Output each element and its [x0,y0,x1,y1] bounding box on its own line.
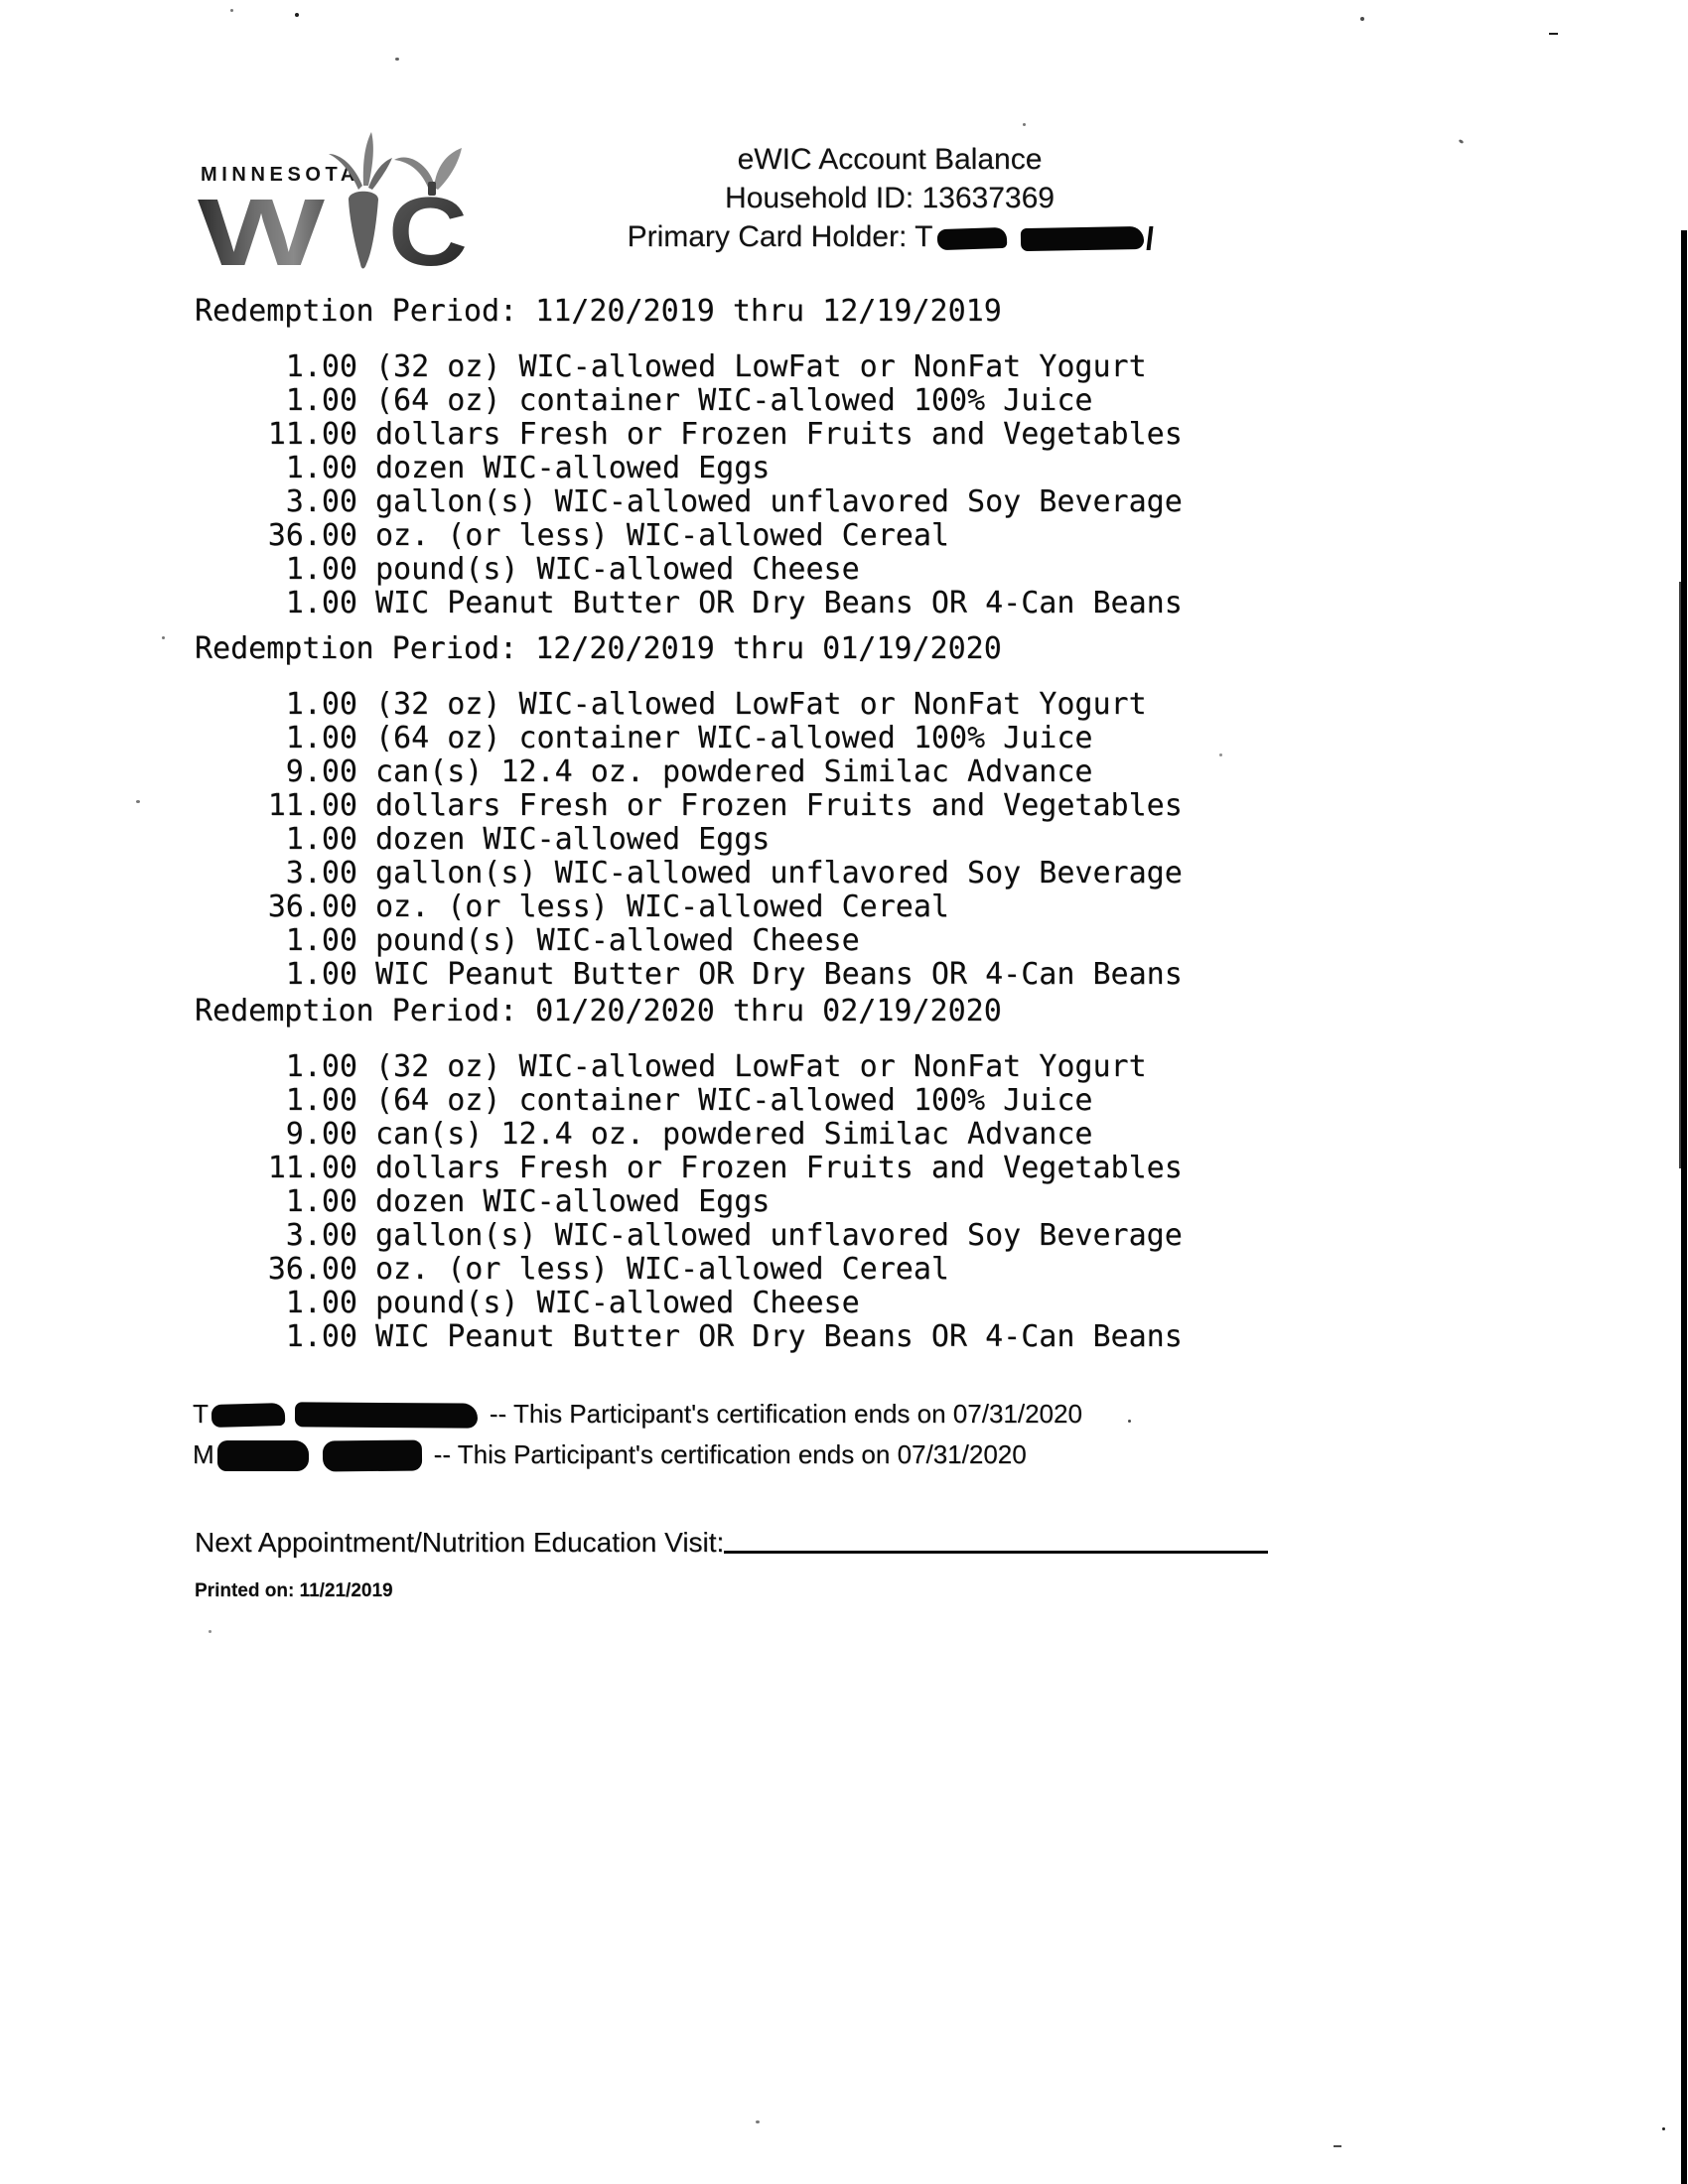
card-holder-line: Primary Card Holder: T [536,217,1243,256]
benefit-description: dollars Fresh or Frozen Fruits and Veget… [375,789,1183,823]
benefit-item-row: 11.00dollars Fresh or Frozen Fruits and … [267,418,1648,452]
benefit-description: WIC Peanut Butter OR Dry Beans OR 4-Can … [375,587,1183,620]
scanned-document-page: MINNESOTA W C eWIC Account Balance House… [0,0,1688,2184]
benefit-item-row: 36.00oz. (or less) WIC-allowed Cereal [267,519,1648,553]
benefit-quantity: 1.00 [267,1084,357,1118]
benefit-quantity: 1.00 [267,384,357,418]
benefit-item-row: 9.00can(s) 12.4 oz. powdered Similac Adv… [267,1118,1648,1152]
benefit-description: gallon(s) WIC-allowed unflavored Soy Bev… [375,485,1183,519]
benefit-description: (32 oz) WIC-allowed LowFat or NonFat Yog… [375,688,1147,722]
benefit-description: dozen WIC-allowed Eggs [375,1185,770,1219]
benefit-description: oz. (or less) WIC-allowed Cereal [375,519,949,553]
minnesota-wic-logo: MINNESOTA W C [184,124,482,308]
benefit-quantity: 1.00 [267,553,357,587]
benefit-item-row: 1.00(64 oz) container WIC-allowed 100% J… [267,384,1648,418]
benefit-quantity: 1.00 [267,1185,357,1219]
appointment-blank-field [724,1547,1268,1554]
redacted-last-name [1021,226,1144,251]
certification-line: T-- This Participant's certification end… [193,1394,1082,1434]
benefit-item-row: 1.00WIC Peanut Butter OR Dry Beans OR 4-… [267,958,1648,992]
benefit-description: pound(s) WIC-allowed Cheese [375,553,860,587]
benefit-item-row: 9.00can(s) 12.4 oz. powdered Similac Adv… [267,755,1648,789]
benefit-item-row: 1.00(64 oz) container WIC-allowed 100% J… [267,1084,1648,1118]
next-appointment-label: Next Appointment/Nutrition Education Vis… [195,1527,724,1558]
benefit-item-row: 3.00gallon(s) WIC-allowed unflavored Soy… [267,485,1648,519]
benefit-item-row: 1.00pound(s) WIC-allowed Cheese [267,1287,1648,1320]
benefit-description: gallon(s) WIC-allowed unflavored Soy Bev… [375,1219,1183,1253]
benefit-item-row: 36.00oz. (or less) WIC-allowed Cereal [267,890,1648,924]
benefit-quantity: 36.00 [267,1253,357,1287]
benefit-item-row: 1.00WIC Peanut Butter OR Dry Beans OR 4-… [267,1320,1648,1354]
benefit-item-row: 1.00dozen WIC-allowed Eggs [267,1185,1648,1219]
certification-section: T-- This Participant's certification end… [193,1394,1082,1475]
redemption-period-heading: Redemption Period: 01/20/2020 thru 02/19… [195,995,1648,1027]
benefit-item-row: 11.00dollars Fresh or Frozen Fruits and … [267,1152,1648,1185]
participant-initial: M [193,1439,214,1469]
benefit-item-row: 1.00dozen WIC-allowed Eggs [267,823,1648,857]
benefit-item-row: 1.00pound(s) WIC-allowed Cheese [267,924,1648,958]
benefit-description: WIC Peanut Butter OR Dry Beans OR 4-Can … [375,1320,1183,1354]
benefit-quantity: 11.00 [267,418,357,452]
benefit-description: can(s) 12.4 oz. powdered Similac Advance [375,1118,1092,1152]
benefit-quantity: 1.00 [267,1287,357,1320]
benefit-item-row: 3.00gallon(s) WIC-allowed unflavored Soy… [267,1219,1648,1253]
benefit-item-row: 3.00gallon(s) WIC-allowed unflavored Soy… [267,857,1648,890]
benefit-quantity: 1.00 [267,688,357,722]
redemption-period-section: Redemption Period: 12/20/2019 thru 01/19… [195,632,1648,992]
card-holder-label: Primary Card Holder: [628,220,908,253]
scan-edge-band [1681,230,1687,2184]
benefit-description: pound(s) WIC-allowed Cheese [375,924,860,958]
document-header: eWIC Account Balance Household ID: 13637… [536,140,1243,256]
benefit-quantity: 3.00 [267,1219,357,1253]
benefit-description: gallon(s) WIC-allowed unflavored Soy Bev… [375,857,1183,890]
logo-letter-c: C [388,177,468,286]
benefit-description: dollars Fresh or Frozen Fruits and Veget… [375,418,1183,452]
redacted-last-name [295,1402,478,1428]
redemption-period-heading: Redemption Period: 12/20/2019 thru 01/19… [195,632,1648,665]
benefit-item-row: 1.00(32 oz) WIC-allowed LowFat or NonFat… [267,1050,1648,1084]
benefit-description: dozen WIC-allowed Eggs [375,452,770,485]
benefit-quantity: 1.00 [267,1050,357,1084]
benefit-quantity: 9.00 [267,755,357,789]
benefit-description: can(s) 12.4 oz. powdered Similac Advance [375,755,1092,789]
benefit-item-row: 11.00dollars Fresh or Frozen Fruits and … [267,789,1648,823]
household-id-value: 13637369 [921,182,1054,214]
benefit-item-row: 1.00dozen WIC-allowed Eggs [267,452,1648,485]
printed-on-label: Printed on: 11/21/2019 [195,1580,393,1602]
benefit-description: (32 oz) WIC-allowed LowFat or NonFat Yog… [375,1050,1147,1084]
redemption-period-section: Redemption Period: 01/20/2020 thru 02/19… [195,995,1648,1354]
document-title: eWIC Account Balance [536,140,1243,179]
certification-note: -- This Participant's certification ends… [490,1399,1082,1429]
benefit-quantity: 1.00 [267,452,357,485]
benefit-quantity: 11.00 [267,1152,357,1185]
benefit-item-row: 36.00oz. (or less) WIC-allowed Cereal [267,1253,1648,1287]
carrot-icon [329,132,392,269]
benefit-description: (32 oz) WIC-allowed LowFat or NonFat Yog… [375,350,1147,384]
benefit-quantity: 1.00 [267,722,357,755]
benefit-item-row: 1.00(32 oz) WIC-allowed LowFat or NonFat… [267,688,1648,722]
benefit-item-row: 1.00(64 oz) container WIC-allowed 100% J… [267,722,1648,755]
benefit-quantity: 36.00 [267,519,357,553]
benefit-item-row: 1.00pound(s) WIC-allowed Cheese [267,553,1648,587]
logo-letter-w: W [198,180,326,286]
benefit-quantity: 9.00 [267,1118,357,1152]
benefit-description: oz. (or less) WIC-allowed Cereal [375,1253,949,1287]
benefit-quantity: 1.00 [267,587,357,620]
benefit-quantity: 3.00 [267,857,357,890]
certification-line: M-- This Participant's certification end… [193,1434,1082,1475]
benefit-description: pound(s) WIC-allowed Cheese [375,1287,860,1320]
benefit-item-row: 1.00WIC Peanut Butter OR Dry Beans OR 4-… [267,587,1648,620]
benefit-quantity: 1.00 [267,350,357,384]
benefit-description: dollars Fresh or Frozen Fruits and Veget… [375,1152,1183,1185]
benefit-description: dozen WIC-allowed Eggs [375,823,770,857]
benefit-description: WIC Peanut Butter OR Dry Beans OR 4-Can … [375,958,1183,992]
benefit-quantity: 1.00 [267,1320,357,1354]
redemption-period-section: Redemption Period: 11/20/2019 thru 12/19… [195,295,1648,620]
benefit-quantity: 1.00 [267,823,357,857]
card-holder-initial: T [914,220,932,253]
certification-note: -- This Participant's certification ends… [434,1439,1027,1469]
redacted-first-name [937,227,1008,250]
benefit-quantity: 36.00 [267,890,357,924]
next-appointment-line: Next Appointment/Nutrition Education Vis… [195,1527,1268,1559]
benefit-quantity: 1.00 [267,958,357,992]
redacted-first-name [217,1440,309,1471]
benefit-item-row: 1.00(32 oz) WIC-allowed LowFat or NonFat… [267,350,1648,384]
redaction-letter-fragment [1147,226,1154,250]
redacted-last-name [323,1439,422,1471]
benefit-description: (64 oz) container WIC-allowed 100% Juice [375,384,1092,418]
redemption-period-heading: Redemption Period: 11/20/2019 thru 12/19… [195,295,1648,328]
benefit-description: oz. (or less) WIC-allowed Cereal [375,890,949,924]
benefit-quantity: 1.00 [267,924,357,958]
benefit-description: (64 oz) container WIC-allowed 100% Juice [375,1084,1092,1118]
household-id-line: Household ID: 13637369 [536,179,1243,217]
participant-initial: T [193,1399,209,1429]
benefit-quantity: 3.00 [267,485,357,519]
redacted-first-name [211,1403,286,1428]
household-id-label: Household ID: [725,182,914,214]
benefit-description: (64 oz) container WIC-allowed 100% Juice [375,722,1092,755]
benefit-quantity: 11.00 [267,789,357,823]
